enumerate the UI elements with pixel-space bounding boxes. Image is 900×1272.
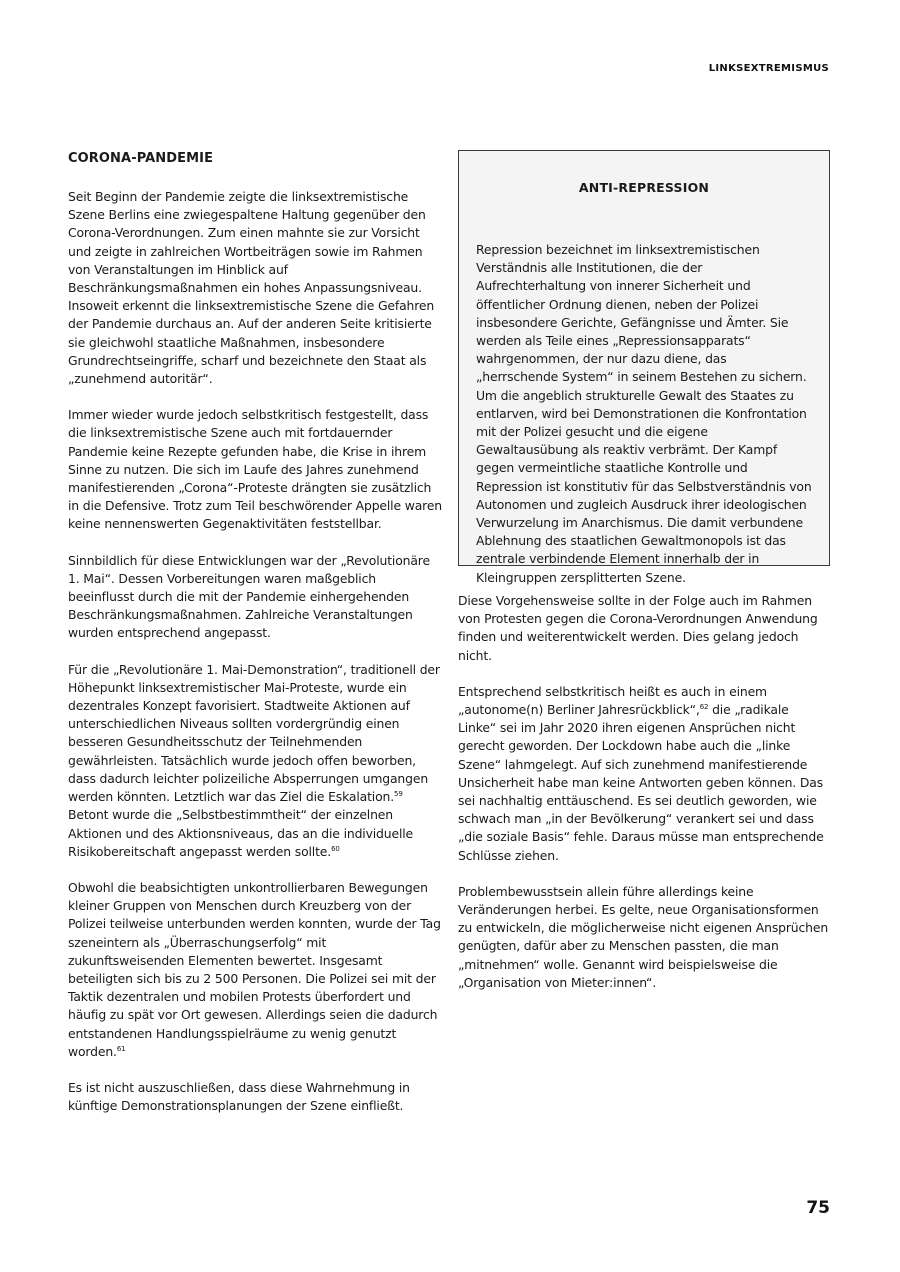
info-box-text: Repression bezeichnet im linksextremisti… (476, 241, 812, 587)
footnote-marker[interactable]: 60 (331, 845, 340, 853)
paragraph: Sinnbildlich für diese Entwicklungen war… (68, 552, 443, 643)
paragraph: Immer wieder wurde jedoch selbstkritisch… (68, 406, 443, 533)
paragraph: Es ist nicht auszuschließen, dass diese … (68, 1079, 443, 1115)
footnote-marker[interactable]: 59 (394, 790, 403, 798)
paragraph: Problembewusstsein allein führe allerdin… (458, 883, 830, 992)
left-column: CORONA-PANDEMIE Seit Beginn der Pandemie… (68, 150, 443, 1133)
paragraph-text: Für die „Revolutionäre 1. Mai-Demonstrat… (68, 662, 440, 804)
paragraph-text: Obwohl die beabsichtigten unkontrollierb… (68, 880, 441, 1059)
info-box-title: ANTI-REPRESSION (476, 179, 812, 197)
paragraph: Obwohl die beabsichtigten unkontrollierb… (68, 879, 443, 1061)
section-heading-corona-pandemie: CORONA-PANDEMIE (68, 150, 443, 168)
running-head: LINKSEXTREMISMUS (709, 63, 829, 74)
info-box-anti-repression: ANTI-REPRESSION Repression bezeichnet im… (458, 150, 830, 566)
paragraph-text: Betont wurde die „Selbstbestimmtheit“ de… (68, 807, 413, 858)
footnote-marker[interactable]: 61 (117, 1045, 126, 1053)
paragraph: Diese Vorgehensweise sollte in der Folge… (458, 592, 830, 665)
paragraph-text: die „radikale Linke“ sei im Jahr 2020 ih… (458, 702, 824, 863)
paragraph: Seit Beginn der Pandemie zeigte die link… (68, 188, 443, 388)
paragraph: Für die „Revolutionäre 1. Mai-Demonstrat… (68, 661, 443, 861)
paragraph: Entsprechend selbstkritisch heißt es auc… (458, 683, 830, 865)
footnote-marker[interactable]: 62 (700, 703, 709, 711)
page-number: 75 (806, 1198, 830, 1218)
right-column: ANTI-REPRESSION Repression bezeichnet im… (458, 150, 830, 1010)
